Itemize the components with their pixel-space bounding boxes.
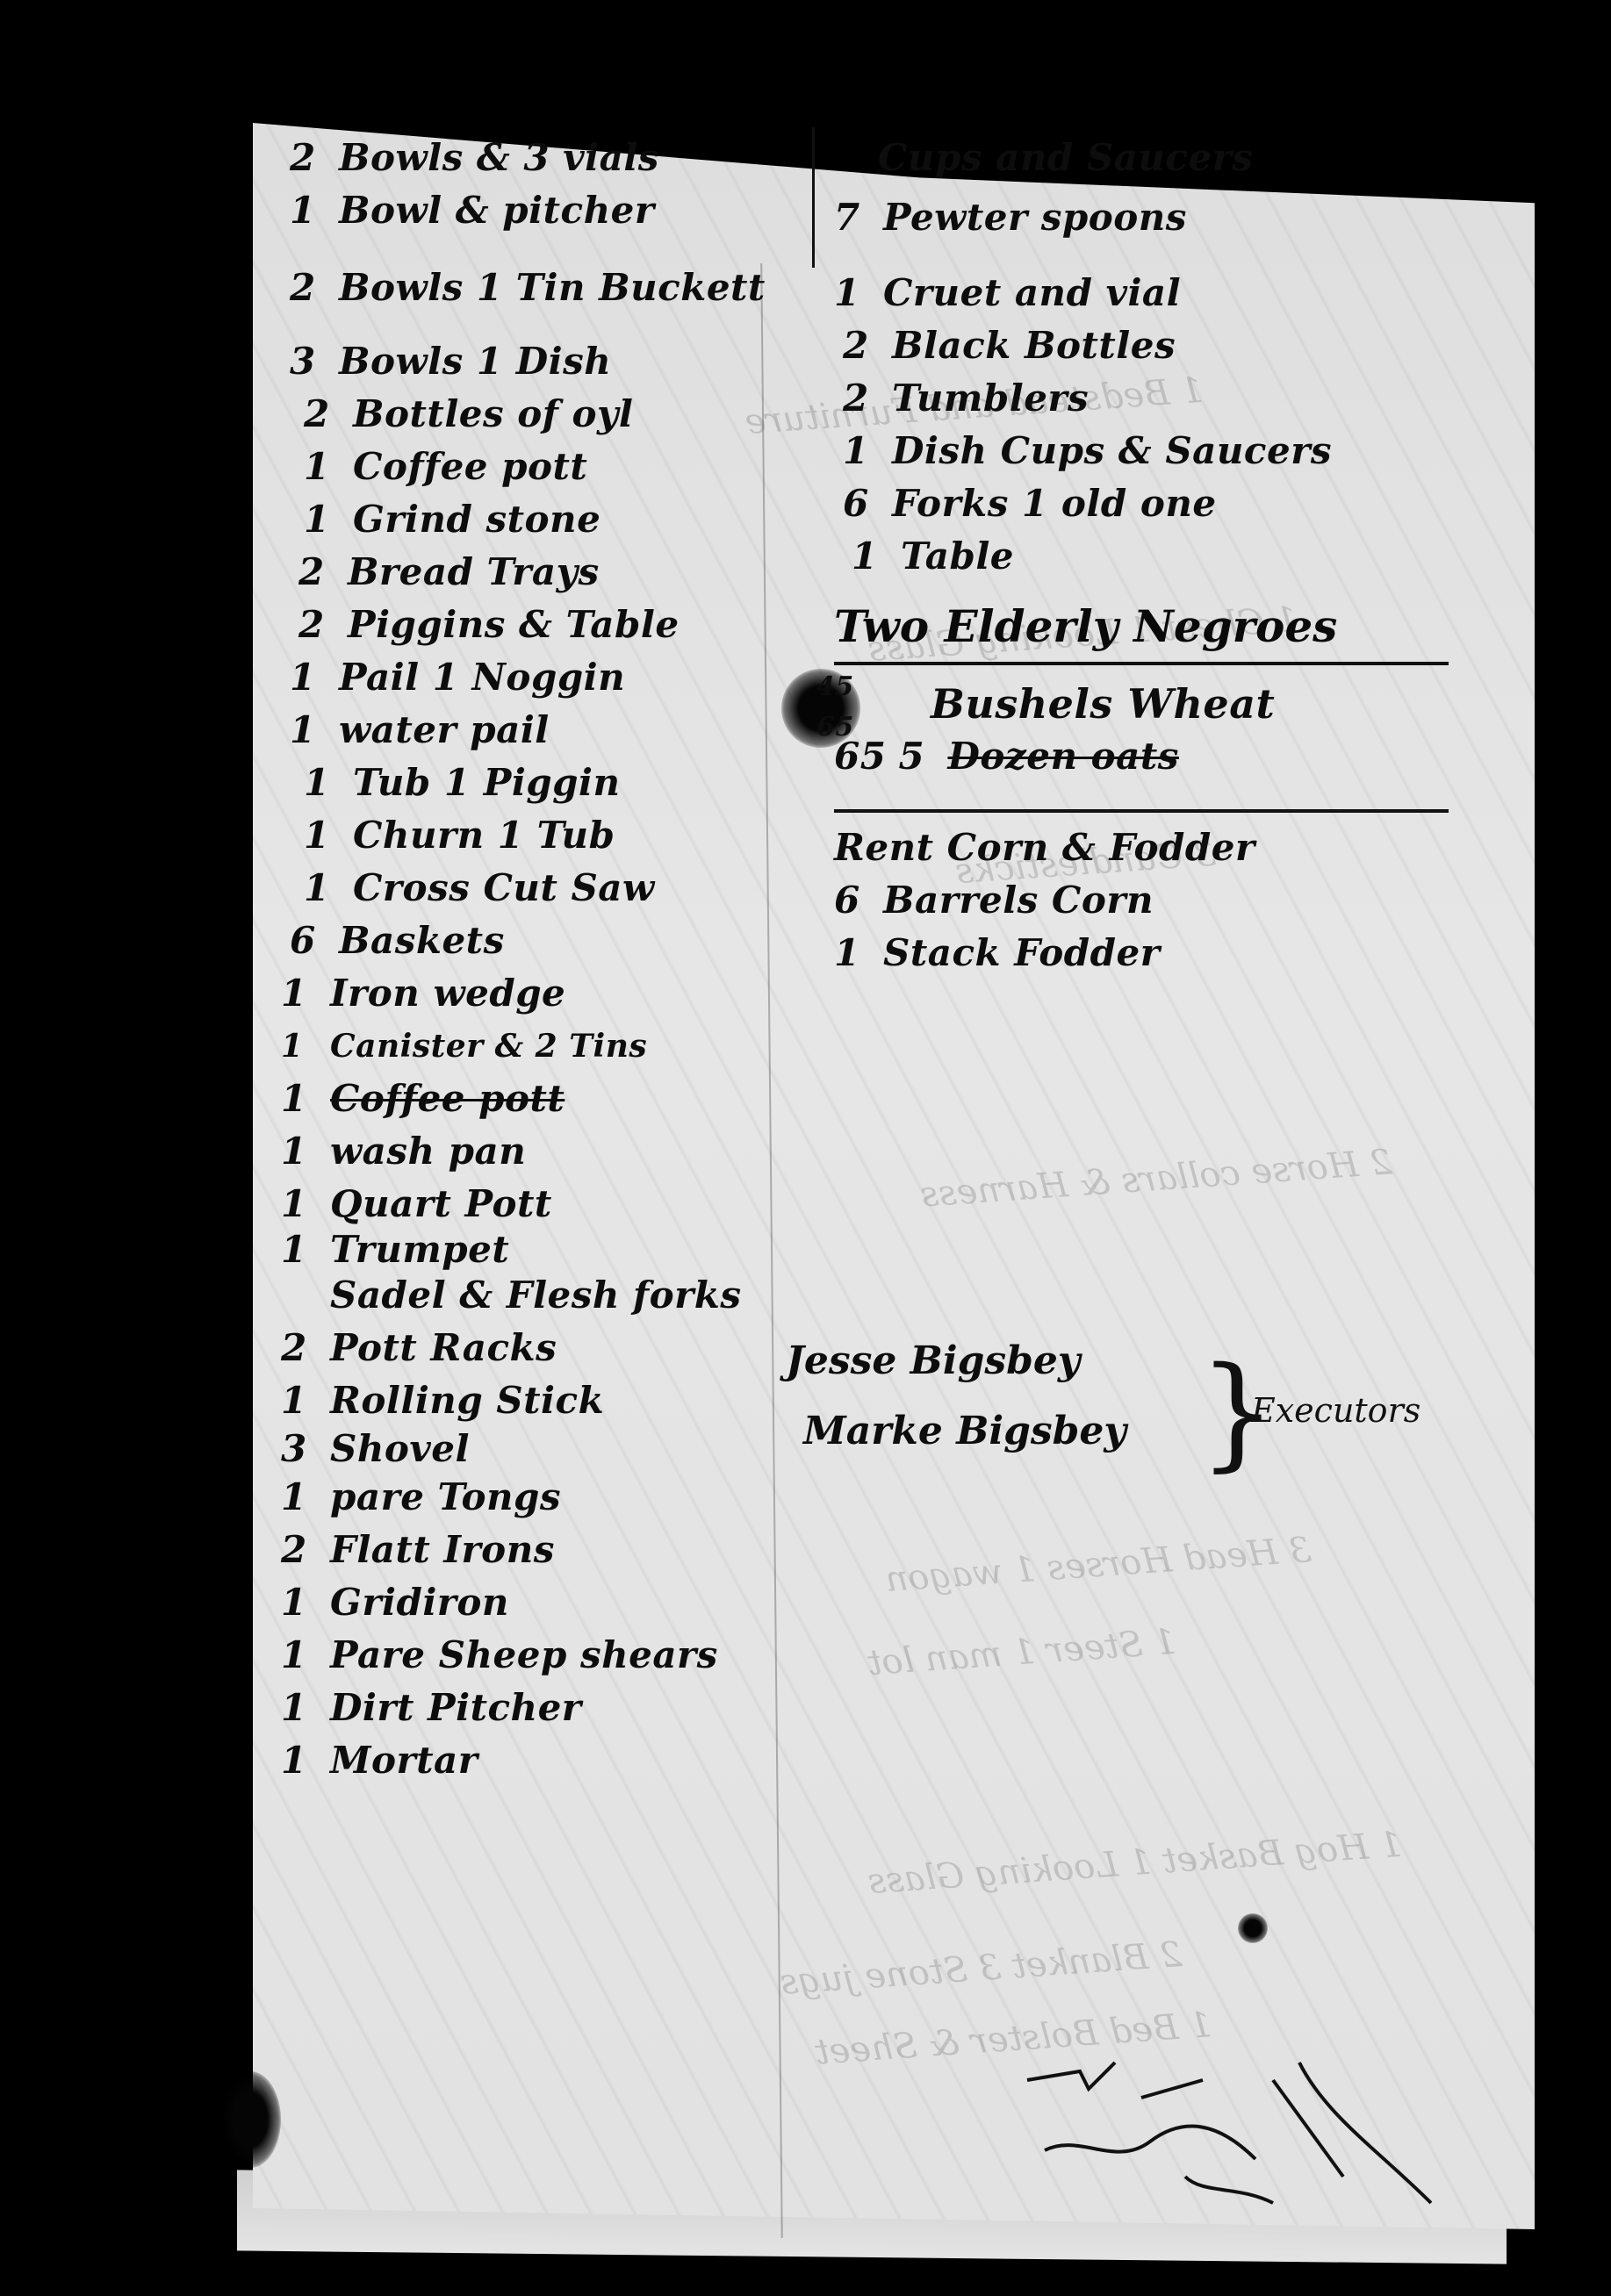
inventory-line: Cups and Saucers	[834, 132, 1466, 184]
inventory-line: 3Bowls 1 Dish	[290, 335, 781, 388]
inventory-line: 1Gridiron	[281, 1576, 781, 1629]
inventory-line: 1Quart Pott	[281, 1178, 781, 1231]
inventory-line: 6Baskets	[290, 915, 781, 967]
produce-section: 45 65 Bushels Wheat 655Dozen oats	[834, 678, 1466, 783]
inventory-line: 1Coffee pott	[281, 1073, 781, 1125]
inventory-line: 1Grind stone	[290, 493, 781, 546]
inventory-line: 1Tub 1 Piggin	[290, 757, 781, 809]
inventory-line: 1Coffee pott	[290, 441, 781, 493]
inventory-line: 1Trumpet	[281, 1231, 781, 1269]
inventory-line: 1Cruet and vial	[834, 267, 1466, 319]
inventory-line: 2Piggins & Table	[290, 599, 781, 651]
inventory-line: 1Cross Cut Saw	[290, 862, 781, 915]
inventory-line: 2Tumblers	[834, 372, 1466, 425]
inventory-line: Sadel & Flesh forks	[281, 1269, 781, 1322]
inventory-line: Rent Corn & Fodder	[834, 822, 1466, 874]
column-divider	[812, 127, 815, 268]
bleed-through-text: 1 Hog Basket 1 Looking Glass	[867, 1825, 1403, 1902]
inventory-line: 1Pare Sheep shears	[281, 1629, 781, 1682]
margin-figure: 65	[816, 713, 854, 743]
ink-blot	[219, 2071, 281, 2168]
inventory-line: 1Table	[834, 530, 1466, 583]
inventory-line: 2Bottles of oyl	[290, 388, 781, 441]
inventory-line: 1Rolling Stick	[281, 1374, 781, 1427]
executor-signatures: Jesse Bigsbey Marke Bigsbey } Executors	[786, 1338, 1453, 1514]
inventory-line: 1Canister & 2 Tins	[281, 1020, 781, 1073]
inventory-line: 1Dish Cups & Saucers	[834, 425, 1466, 477]
ink-blot	[1238, 1913, 1268, 1943]
inventory-line: 1Dirt Pitcher	[281, 1682, 781, 1734]
section-heading: Two Elderly Negroes	[834, 592, 1449, 665]
right-column-inventory: Cups and Saucers 7Pewter spoons 1Cruet a…	[834, 132, 1466, 979]
inventory-line: 2Bread Trays	[290, 546, 781, 599]
inventory-line: 1Iron wedge	[281, 967, 781, 1020]
inventory-line: 1water pail	[290, 704, 781, 757]
inventory-line: 3Shovel	[281, 1427, 781, 1471]
inventory-line: 1Churn 1 Tub	[290, 809, 781, 862]
inventory-line: 1Stack Fodder	[834, 927, 1466, 979]
horizontal-rule	[834, 809, 1449, 813]
inventory-line: 6Forks 1 old one	[834, 477, 1466, 530]
inventory-line: 1Bowl & pitcher	[290, 184, 781, 237]
inventory-line: 2Flatt Irons	[281, 1524, 781, 1576]
bleed-through-text: 1 Steer 1 man lot	[867, 1622, 1178, 1683]
inventory-line: 2Bowls & 3 vials	[290, 132, 781, 184]
inventory-line: 7Pewter spoons	[834, 191, 1466, 244]
signature-marke: Marke Bigsbey	[803, 1409, 1126, 1453]
inventory-line: 655Dozen oats	[834, 730, 1466, 783]
margin-figure: 45	[816, 672, 854, 702]
inventory-line: 2Bowls 1 Tin Buckett	[290, 262, 781, 314]
inventory-line: 1Mortar	[281, 1734, 781, 1787]
inventory-line: 1Pail 1 Noggin	[290, 651, 781, 704]
inventory-line: 2Black Bottles	[834, 319, 1466, 372]
signature-jesse: Jesse Bigsbey	[786, 1338, 1080, 1383]
bleed-through-text: 2 Horse collars & Harness	[919, 1142, 1393, 1215]
bleed-through-text: 3 Head Horses 1 wagon	[884, 1530, 1313, 1600]
inventory-line: 6Barrels Corn	[834, 874, 1466, 927]
pen-scribble	[1010, 2045, 1449, 2221]
inventory-line: Bushels Wheat	[834, 678, 1466, 730]
inventory-line: 1pare Tongs	[281, 1471, 781, 1524]
inventory-line: 2Pott Racks	[281, 1322, 781, 1374]
left-column-inventory: 2Bowls & 3 vials 1Bowl & pitcher 2Bowls …	[290, 132, 781, 1787]
inventory-line: 1wash pan	[281, 1125, 781, 1178]
executors-label: Executors	[1251, 1391, 1420, 1430]
bleed-through-text: 2 Blanket 3 Stone jugs	[779, 1934, 1183, 2003]
